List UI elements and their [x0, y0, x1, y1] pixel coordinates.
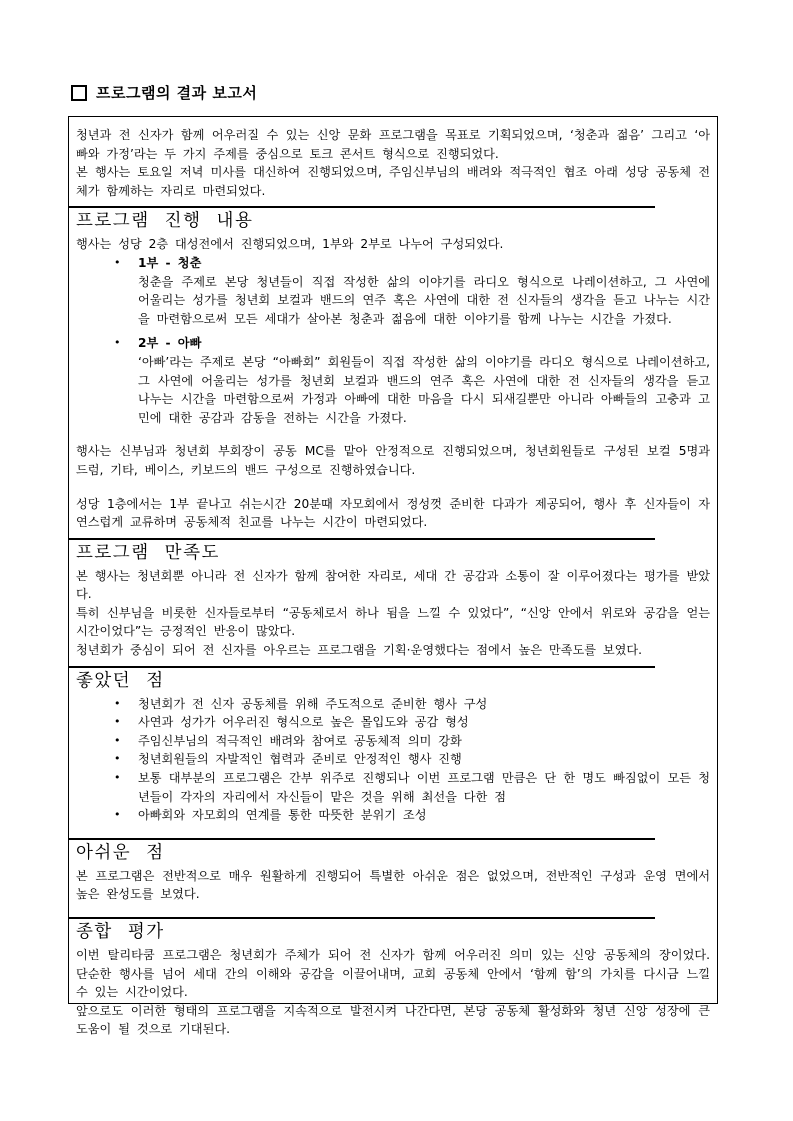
list-item: • 주임신부님의 적극적인 배려와 참여로 공동체적 의미 강화: [76, 732, 710, 751]
list-item: • 아빠회와 자모회의 연계를 통한 따뜻한 분위기 조성: [76, 806, 710, 825]
list-item-part-2: • 2부 - 아빠 ‘아빠’라는 주제로 본당 “아빠회” 회원들이 직접 작성…: [76, 334, 710, 427]
good-points-list: • 청년회가 전 신자 공동체를 위해 주도적으로 준비한 행사 구성 • 사연…: [76, 695, 710, 825]
good-point-text: 보통 대부분의 프로그램은 간부 위주로 진행되나 이번 프로그램 만큼은 단 …: [138, 771, 710, 804]
program-content-heading: 프로그램 진행 내용: [76, 210, 710, 232]
section-program-content: 프로그램 진행 내용 행사는 성당 2층 대성전에서 진행되었으며, 1부와 2…: [76, 206, 710, 531]
section-intro: 청년과 전 신자가 함께 어우러질 수 있는 신앙 문화 프로그램을 목표로 기…: [76, 126, 710, 200]
report-box: 청년과 전 신자가 함께 어우러질 수 있는 신앙 문화 프로그램을 목표로 기…: [68, 116, 718, 1004]
good-points-heading: 좋았던 점: [76, 670, 710, 692]
good-point-text: 청년회원들의 자발적인 협력과 준비로 안정적인 행사 진행: [138, 752, 462, 766]
section-satisfaction: 프로그램 만족도 본 행사는 청년회뿐 아니라 전 신자가 함께 참여한 자리로…: [76, 538, 710, 660]
list-item: • 사연과 성가가 어우러진 형식으로 높은 몰입도와 공감 형성: [76, 713, 710, 732]
overall-paragraph-2: 앞으로도 이러한 형태의 프로그램을 지속적으로 발전시켜 나간다면, 본당 공…: [76, 1002, 710, 1039]
overall-paragraph-1: 이번 탈리타쿰 프로그램은 청년회가 주체가 되어 전 신자가 함께 어우러진 …: [76, 946, 710, 1002]
satisfaction-paragraph-1: 본 행사는 청년회뿐 아니라 전 신자가 함께 참여한 자리로, 세대 간 공감…: [76, 567, 710, 604]
list-item: • 청년회원들의 자발적인 협력과 준비로 안정적인 행사 진행: [76, 750, 710, 769]
regrets-paragraph: 본 프로그램은 전반적으로 매우 원활하게 진행되어 특별한 아쉬운 점은 없었…: [76, 867, 710, 904]
good-point-text: 주임신부님의 적극적인 배려와 참여로 공동체적 의미 강화: [138, 734, 462, 748]
part-1-body: 청춘을 주제로 본당 청년들이 직접 작성한 삶의 이야기를 라디오 형식으로 …: [138, 273, 710, 329]
page-title: 프로그램의 결과 보고서: [71, 82, 257, 103]
section-divider: [69, 538, 655, 540]
section-regrets: 아쉬운 점 본 프로그램은 전반적으로 매우 원활하게 진행되어 특별한 아쉬운…: [76, 838, 710, 917]
program-parts-list: • 1부 - 청춘 청춘을 주제로 본당 청년들이 직접 작성한 삶의 이야기를…: [76, 254, 710, 427]
section-divider: [69, 666, 655, 668]
program-paragraph-1: 행사는 신부님과 청년회 부회장이 공동 MC를 맡아 안정적으로 진행되었으며…: [76, 442, 710, 479]
list-item: • 청년회가 전 신자 공동체를 위해 주도적으로 준비한 행사 구성: [76, 695, 710, 714]
list-item-part-1: • 1부 - 청춘 청춘을 주제로 본당 청년들이 직접 작성한 삶의 이야기를…: [76, 254, 710, 328]
good-point-text: 사연과 성가가 어우러진 형식으로 높은 몰입도와 공감 형성: [138, 715, 469, 729]
bullet-icon: •: [114, 713, 121, 732]
bullet-icon: •: [114, 695, 121, 714]
bullet-icon: •: [114, 254, 121, 273]
regrets-heading: 아쉬운 점: [76, 842, 710, 864]
good-point-text: 아빠회와 자모회의 연계를 통한 따뜻한 분위기 조성: [138, 808, 426, 822]
intro-paragraph-1: 청년과 전 신자가 함께 어우러질 수 있는 신앙 문화 프로그램을 목표로 기…: [76, 126, 710, 163]
spacer: [76, 904, 710, 917]
section-divider: [69, 838, 655, 840]
report-page: 프로그램의 결과 보고서 청년과 전 신자가 함께 어우러질 수 있는 신앙 문…: [0, 0, 793, 1121]
part-2-title: 2부 - 아빠: [138, 334, 710, 353]
spacer: [76, 825, 710, 838]
intro-paragraph-2: 본 행사는 토요일 저녁 미사를 대신하여 진행되었으며, 주임신부님의 배려와…: [76, 163, 710, 200]
page-title-text: 프로그램의 결과 보고서: [96, 82, 257, 103]
list-item: • 보통 대부분의 프로그램은 간부 위주로 진행되나 이번 프로그램 만큼은 …: [76, 769, 710, 806]
section-divider: [69, 206, 655, 208]
section-divider: [69, 917, 655, 919]
satisfaction-paragraph-3: 청년회가 중심이 되어 전 신자를 아우르는 프로그램을 기획·운영했다는 점에…: [76, 641, 710, 660]
satisfaction-heading: 프로그램 만족도: [76, 542, 710, 564]
good-point-text: 청년회가 전 신자 공동체를 위해 주도적으로 준비한 행사 구성: [138, 697, 487, 711]
bullet-icon: •: [114, 806, 121, 825]
checkbox-icon: [71, 85, 87, 101]
program-lead: 행사는 성당 2층 대성전에서 진행되었으며, 1부와 2부로 나누어 구성되었…: [76, 235, 710, 254]
satisfaction-paragraph-2: 특히 신부님을 비롯한 신자들로부터 “공동체로서 하나 됨을 느낄 수 있었다…: [76, 604, 710, 641]
bullet-icon: •: [114, 334, 121, 353]
part-1-title: 1부 - 청춘: [138, 254, 710, 273]
bullet-icon: •: [114, 732, 121, 751]
program-paragraph-2: 성당 1층에서는 1부 끝나고 쉬는시간 20분때 자모회에서 정성껏 준비한 …: [76, 495, 710, 532]
section-overall: 종합 평가 이번 탈리타쿰 프로그램은 청년회가 주체가 되어 전 신자가 함께…: [76, 917, 710, 1039]
bullet-icon: •: [114, 769, 121, 788]
overall-heading: 종합 평가: [76, 921, 710, 943]
part-2-body: ‘아빠’라는 주제로 본당 “아빠회” 회원들이 직접 작성한 삶의 이야기를 …: [138, 353, 710, 427]
bullet-icon: •: [114, 750, 121, 769]
section-good-points: 좋았던 점 • 청년회가 전 신자 공동체를 위해 주도적으로 준비한 행사 구…: [76, 666, 710, 838]
